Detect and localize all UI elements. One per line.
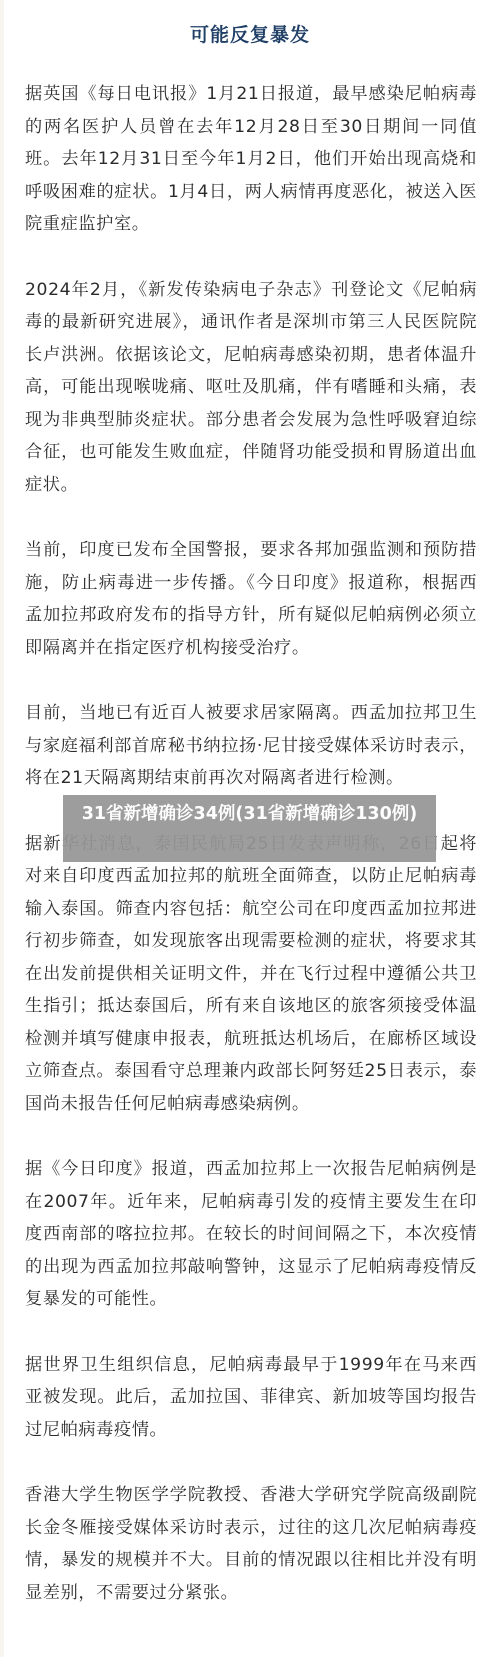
paragraph-7: 据世界卫生组织信息，尼帕病毒最早于1999年在马来西亚被发现。此后，孟加拉国、菲… <box>25 1349 477 1447</box>
left-edge-strip <box>0 0 4 1657</box>
caption-overlay-banner: 31省新增确诊34例(31省新增确诊130例) <box>63 795 436 862</box>
paragraph-8: 香港大学生物医学学院教授、香港大学研究学院高级副院长金冬雁接受媒体采访时表示，过… <box>25 1479 477 1609</box>
section-heading: 可能反复暴发 <box>0 20 500 47</box>
paragraph-6: 据《今日印度》报道，西孟加拉邦上一次报告尼帕病例是在2007年。近年来，尼帕病毒… <box>25 1153 477 1316</box>
caption-overlay-text: 31省新增确诊34例(31省新增确诊130例) <box>82 804 418 824</box>
paragraph-4: 目前，当地已有近百人被要求居家隔离。西孟加拉邦卫生与家庭福利部首席秘书纳拉扬·尼… <box>25 697 477 795</box>
paragraph-1: 据英国《每日电讯报》1月21日报道，最早感染尼帕病毒的两名医护人员曾在去年12月… <box>25 78 477 241</box>
paragraph-5: 据新华社消息，泰国民航局25日发表声明称，26日起将对来自印度西孟加拉邦的航班全… <box>25 828 477 1121</box>
paragraph-2: 2024年2月，《新发传染病电子杂志》刊登论文《尼帕病毒的最新研究进展》，通讯作… <box>25 274 477 502</box>
paragraph-3: 当前，印度已发布全国警报，要求各邦加强监测和预防措施，防止病毒进一步传播。《今日… <box>25 534 477 664</box>
